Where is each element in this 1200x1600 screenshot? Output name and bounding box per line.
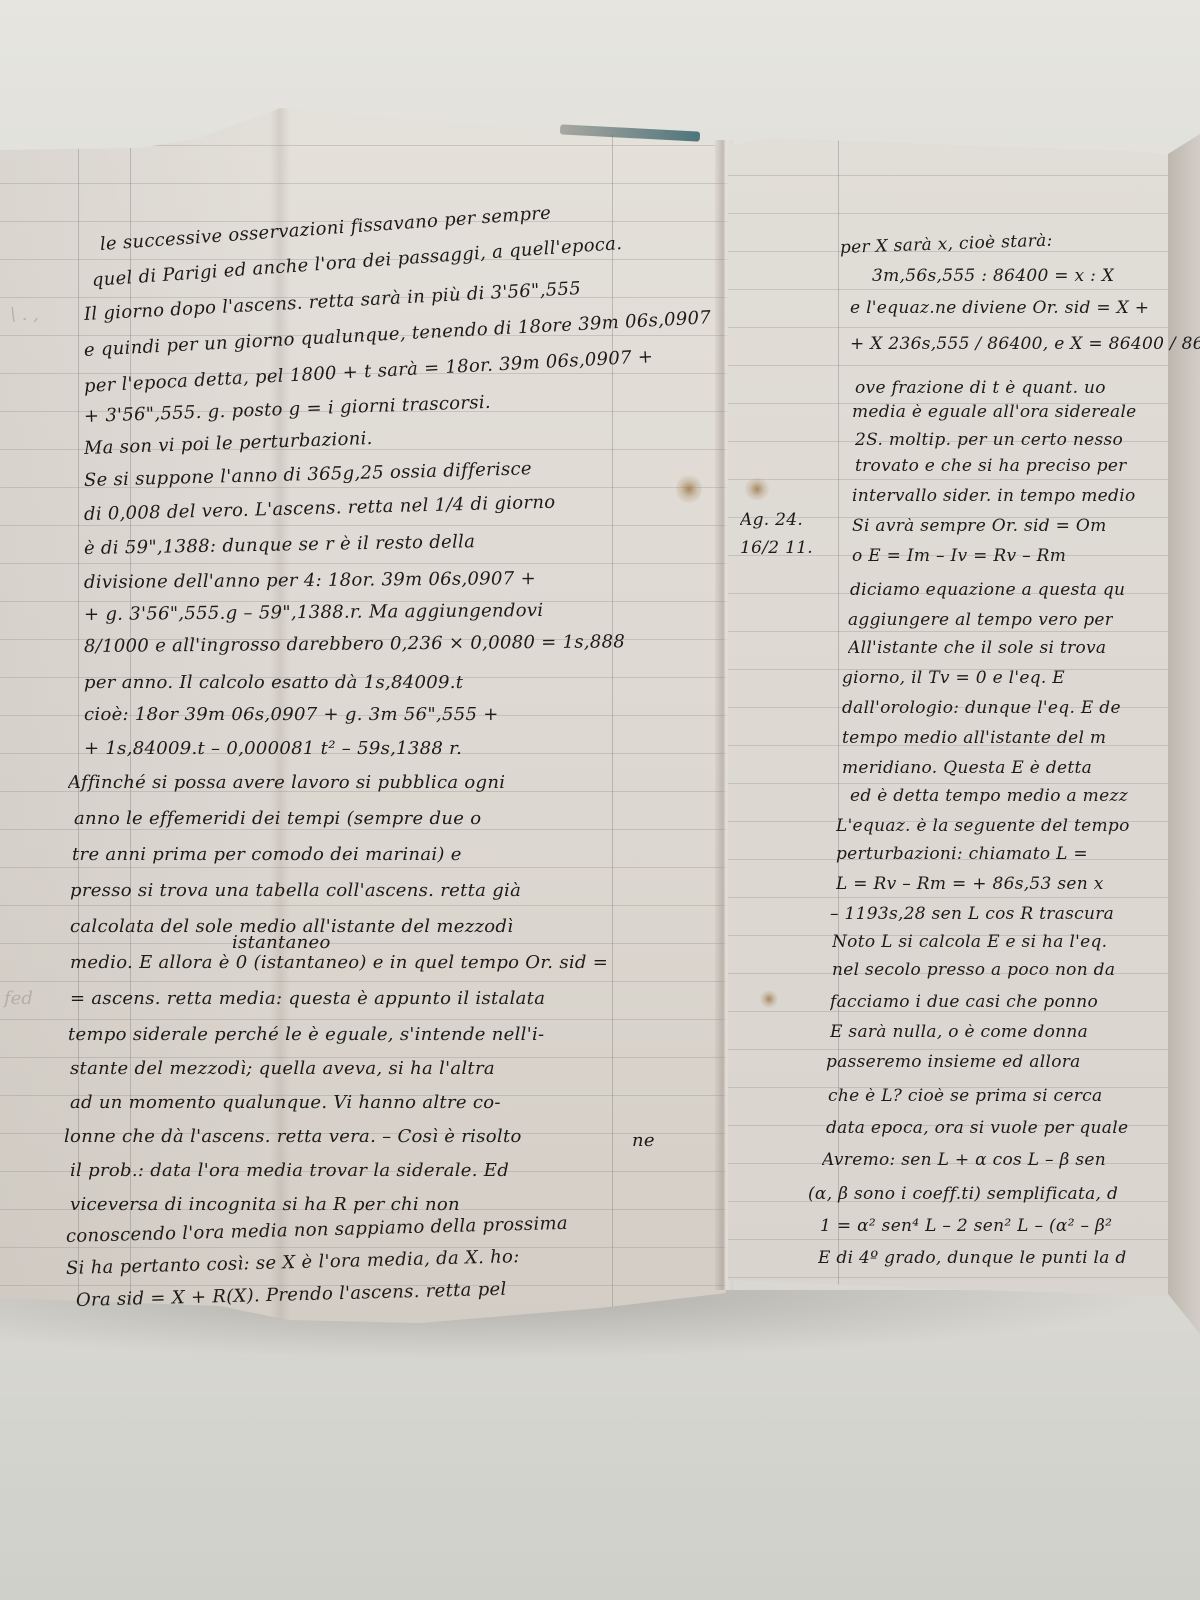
handwritten-line: ove frazione di t è quant. uo (855, 380, 1106, 397)
handwritten-line: giorno, il Tv = 0 e l'eq. E (842, 670, 1065, 687)
handwritten-line: passeremo insieme ed allora (826, 1054, 1081, 1071)
handwritten-line: il prob.: data l'ora media trovar la sid… (70, 1162, 509, 1180)
handwritten-line: stante del mezzodì; quella aveva, si ha … (70, 1060, 495, 1078)
handwritten-line: Noto L si calcola E e si ha l'eq. (832, 934, 1107, 951)
handwritten-line: medio. E allora è 0 (istantaneo) e in qu… (70, 954, 608, 972)
handwritten-line: Affinché si possa avere lavoro si pubbli… (68, 774, 505, 792)
ink-stain-spot (676, 474, 702, 504)
handwritten-line: lonne che dà l'ascens. retta vera. – Cos… (64, 1128, 522, 1146)
handwritten-line: viceversa di incognita si ha R per chi n… (70, 1196, 460, 1214)
ink-stain-spot (760, 990, 778, 1008)
handwritten-line: tempo medio all'istante del m (842, 730, 1106, 747)
margin-date-note: Ag. 24. (740, 512, 803, 529)
handwritten-line: – 1193s,28 sen L cos R trascura (830, 906, 1114, 923)
handwritten-line: E sarà nulla, o è come donna (830, 1024, 1088, 1041)
handwritten-line: diciamo equazione a questa qu (850, 582, 1125, 599)
handwritten-line: aggiungere al tempo vero per (848, 612, 1113, 629)
handwritten-line: Si avrà sempre Or. sid = Om (852, 518, 1107, 535)
handwritten-line: o E = Im – Iv = Rv – Rm (852, 548, 1066, 565)
handwritten-line: ad un momento qualunque. Vi hanno altre … (70, 1094, 501, 1112)
handwritten-line: 3m,56s,555 : 86400 = x : X (872, 268, 1114, 285)
handwritten-line: All'istante che il sole si trova (848, 640, 1106, 657)
handwritten-line: (α, β sono i coeff.ti) semplificata, d (808, 1186, 1118, 1203)
superscript-note: istantaneo (232, 934, 331, 952)
handwritten-line: nel secolo presso a poco non da (832, 962, 1115, 979)
handwritten-line: data epoca, ora si vuole per quale (826, 1120, 1128, 1137)
ink-stain-spot (744, 478, 770, 500)
handwritten-line: trovato e che si ha preciso per (855, 458, 1127, 475)
handwritten-line: ed è detta tempo medio a mezz (850, 788, 1128, 805)
handwritten-line: L'equaz. è la seguente del tempo (836, 818, 1130, 835)
handwritten-line: tre anni prima per comodo dei marinai) e (72, 846, 462, 864)
handwritten-line: È di 4º grado, dunque le punti la d (818, 1250, 1127, 1267)
handwritten-line: + 1s,84009.t – 0,000081 t² – 59s,1388 r. (84, 740, 462, 758)
handwritten-line: L = Rv – Rm = + 86s,53 sen x (836, 876, 1104, 893)
far-right-page-edge (1168, 134, 1200, 1334)
handwritten-line: dall'orologio: dunque l'eq. E de (842, 700, 1121, 717)
handwritten-line: = ascens. retta media: questa è appunto … (70, 990, 545, 1008)
handwritten-line: 2S. moltip. per un certo nesso (855, 432, 1123, 449)
handwritten-line: e l'equaz.ne diviene Or. sid = X + (850, 300, 1149, 317)
handwritten-line: tempo siderale perché le è eguale, s'int… (68, 1026, 544, 1044)
handwritten-line: media è eguale all'ora sidereale (852, 404, 1137, 421)
margin-date-note: 16/2 11. (740, 540, 813, 557)
bleed-through-text: fed (4, 988, 33, 1009)
handwritten-line: meridiano. Questa E è detta (842, 760, 1092, 777)
handwritten-line: anno le effemeridi dei tempi (sempre due… (74, 810, 481, 828)
handwritten-line: intervallo sider. in tempo medio (852, 488, 1135, 505)
handwritten-line: cioè: 18or 39m 06s,0907 + g. 3m 56",555 … (84, 706, 499, 724)
handwritten-line: presso si trova una tabella coll'ascens.… (70, 882, 521, 900)
handwritten-line: + X 236s,555 / 86400, e X = 86400 / 8663… (850, 336, 1200, 353)
margin-line (612, 108, 613, 1323)
handwritten-line: perturbazioni: chiamato L = (836, 846, 1088, 863)
bleed-through-text: \ . , (10, 304, 39, 325)
handwritten-line: facciamo i due casi che ponno (830, 994, 1098, 1011)
superscript-note: ne (632, 1132, 655, 1150)
photo-scene: \ . , fed le successive osservazioni fis… (0, 0, 1200, 1600)
handwritten-line: 1 = α² sen⁴ L – 2 sen² L – (α² – β² (820, 1218, 1112, 1235)
handwritten-line: per anno. Il calcolo esatto dà 1s,84009.… (84, 674, 463, 692)
handwritten-line: Avremo: sen L + α cos L – β sen (822, 1152, 1106, 1169)
handwritten-line: che è L? cioè se prima si cerca (828, 1088, 1102, 1105)
